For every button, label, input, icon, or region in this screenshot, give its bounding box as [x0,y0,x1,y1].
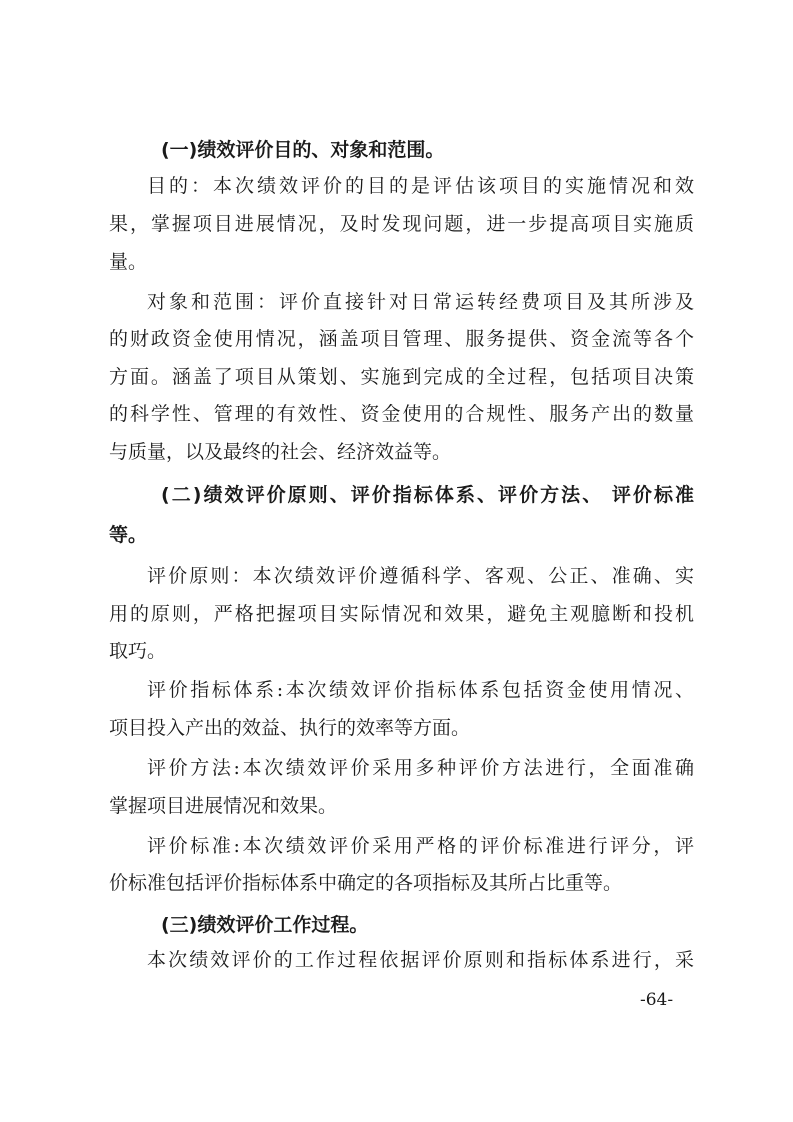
section-heading-line: (一)绩效评价目的、对象和范围。 [109,135,694,165]
paragraph-line: 评价指标体系:本次绩效评价指标体系包括资金使用情况、 [109,675,694,705]
paragraph-line: 量。 [109,247,694,277]
paragraph-line: 取巧。 [109,636,694,666]
paragraph-line: 果，掌握项目进展情况，及时发现问题，进一步提高项目实施质 [109,209,694,239]
page-number: -64- [640,988,673,1012]
section-heading-line: 等。 [109,520,694,550]
paragraph-line: 本次绩效评价的工作过程依据评价原则和指标体系进行，采 [109,945,694,975]
paragraph-line: 掌握项目进展情况和效果。 [109,791,694,821]
paragraph-line: 用的原则，严格把握项目实际情况和效果，避免主观臆断和投机 [109,599,694,629]
section-heading-line: (二)绩效评价原则、评价指标体系、评价方法、 评价标准 [109,480,694,510]
paragraph-line: 对象和范围：评价直接针对日常运转经费项目及其所涉及 [109,287,694,317]
paragraph-line: 评价原则：本次绩效评价遵循科学、客观、公正、准确、实 [109,561,694,591]
paragraph-line: 目的：本次绩效评价的目的是评估该项目的实施情况和效 [109,171,694,201]
paragraph-line: 的财政资金使用情况，涵盖项目管理、服务提供、资金流等各个 [109,324,694,354]
paragraph-line: 方面。涵盖了项目从策划、实施到完成的全过程，包括项目决策 [109,362,694,392]
paragraph-line: 价标准包括评价指标体系中确定的各项指标及其所占比重等。 [109,868,694,898]
paragraph-line: 与质量，以及最终的社会、经济效益等。 [109,437,694,467]
paragraph-line: 项目投入产出的效益、执行的效率等方面。 [109,713,694,743]
paragraph-line: 评价方法:本次绩效评价采用多种评价方法进行，全面准确 [109,753,694,783]
section-heading-line: (三)绩效评价工作过程。 [109,910,694,940]
paragraph-line: 的科学性、管理的有效性、资金使用的合规性、服务产出的数量 [109,399,694,429]
paragraph-line: 评价标准:本次绩效评价采用严格的评价标准进行评分，评 [109,831,694,861]
